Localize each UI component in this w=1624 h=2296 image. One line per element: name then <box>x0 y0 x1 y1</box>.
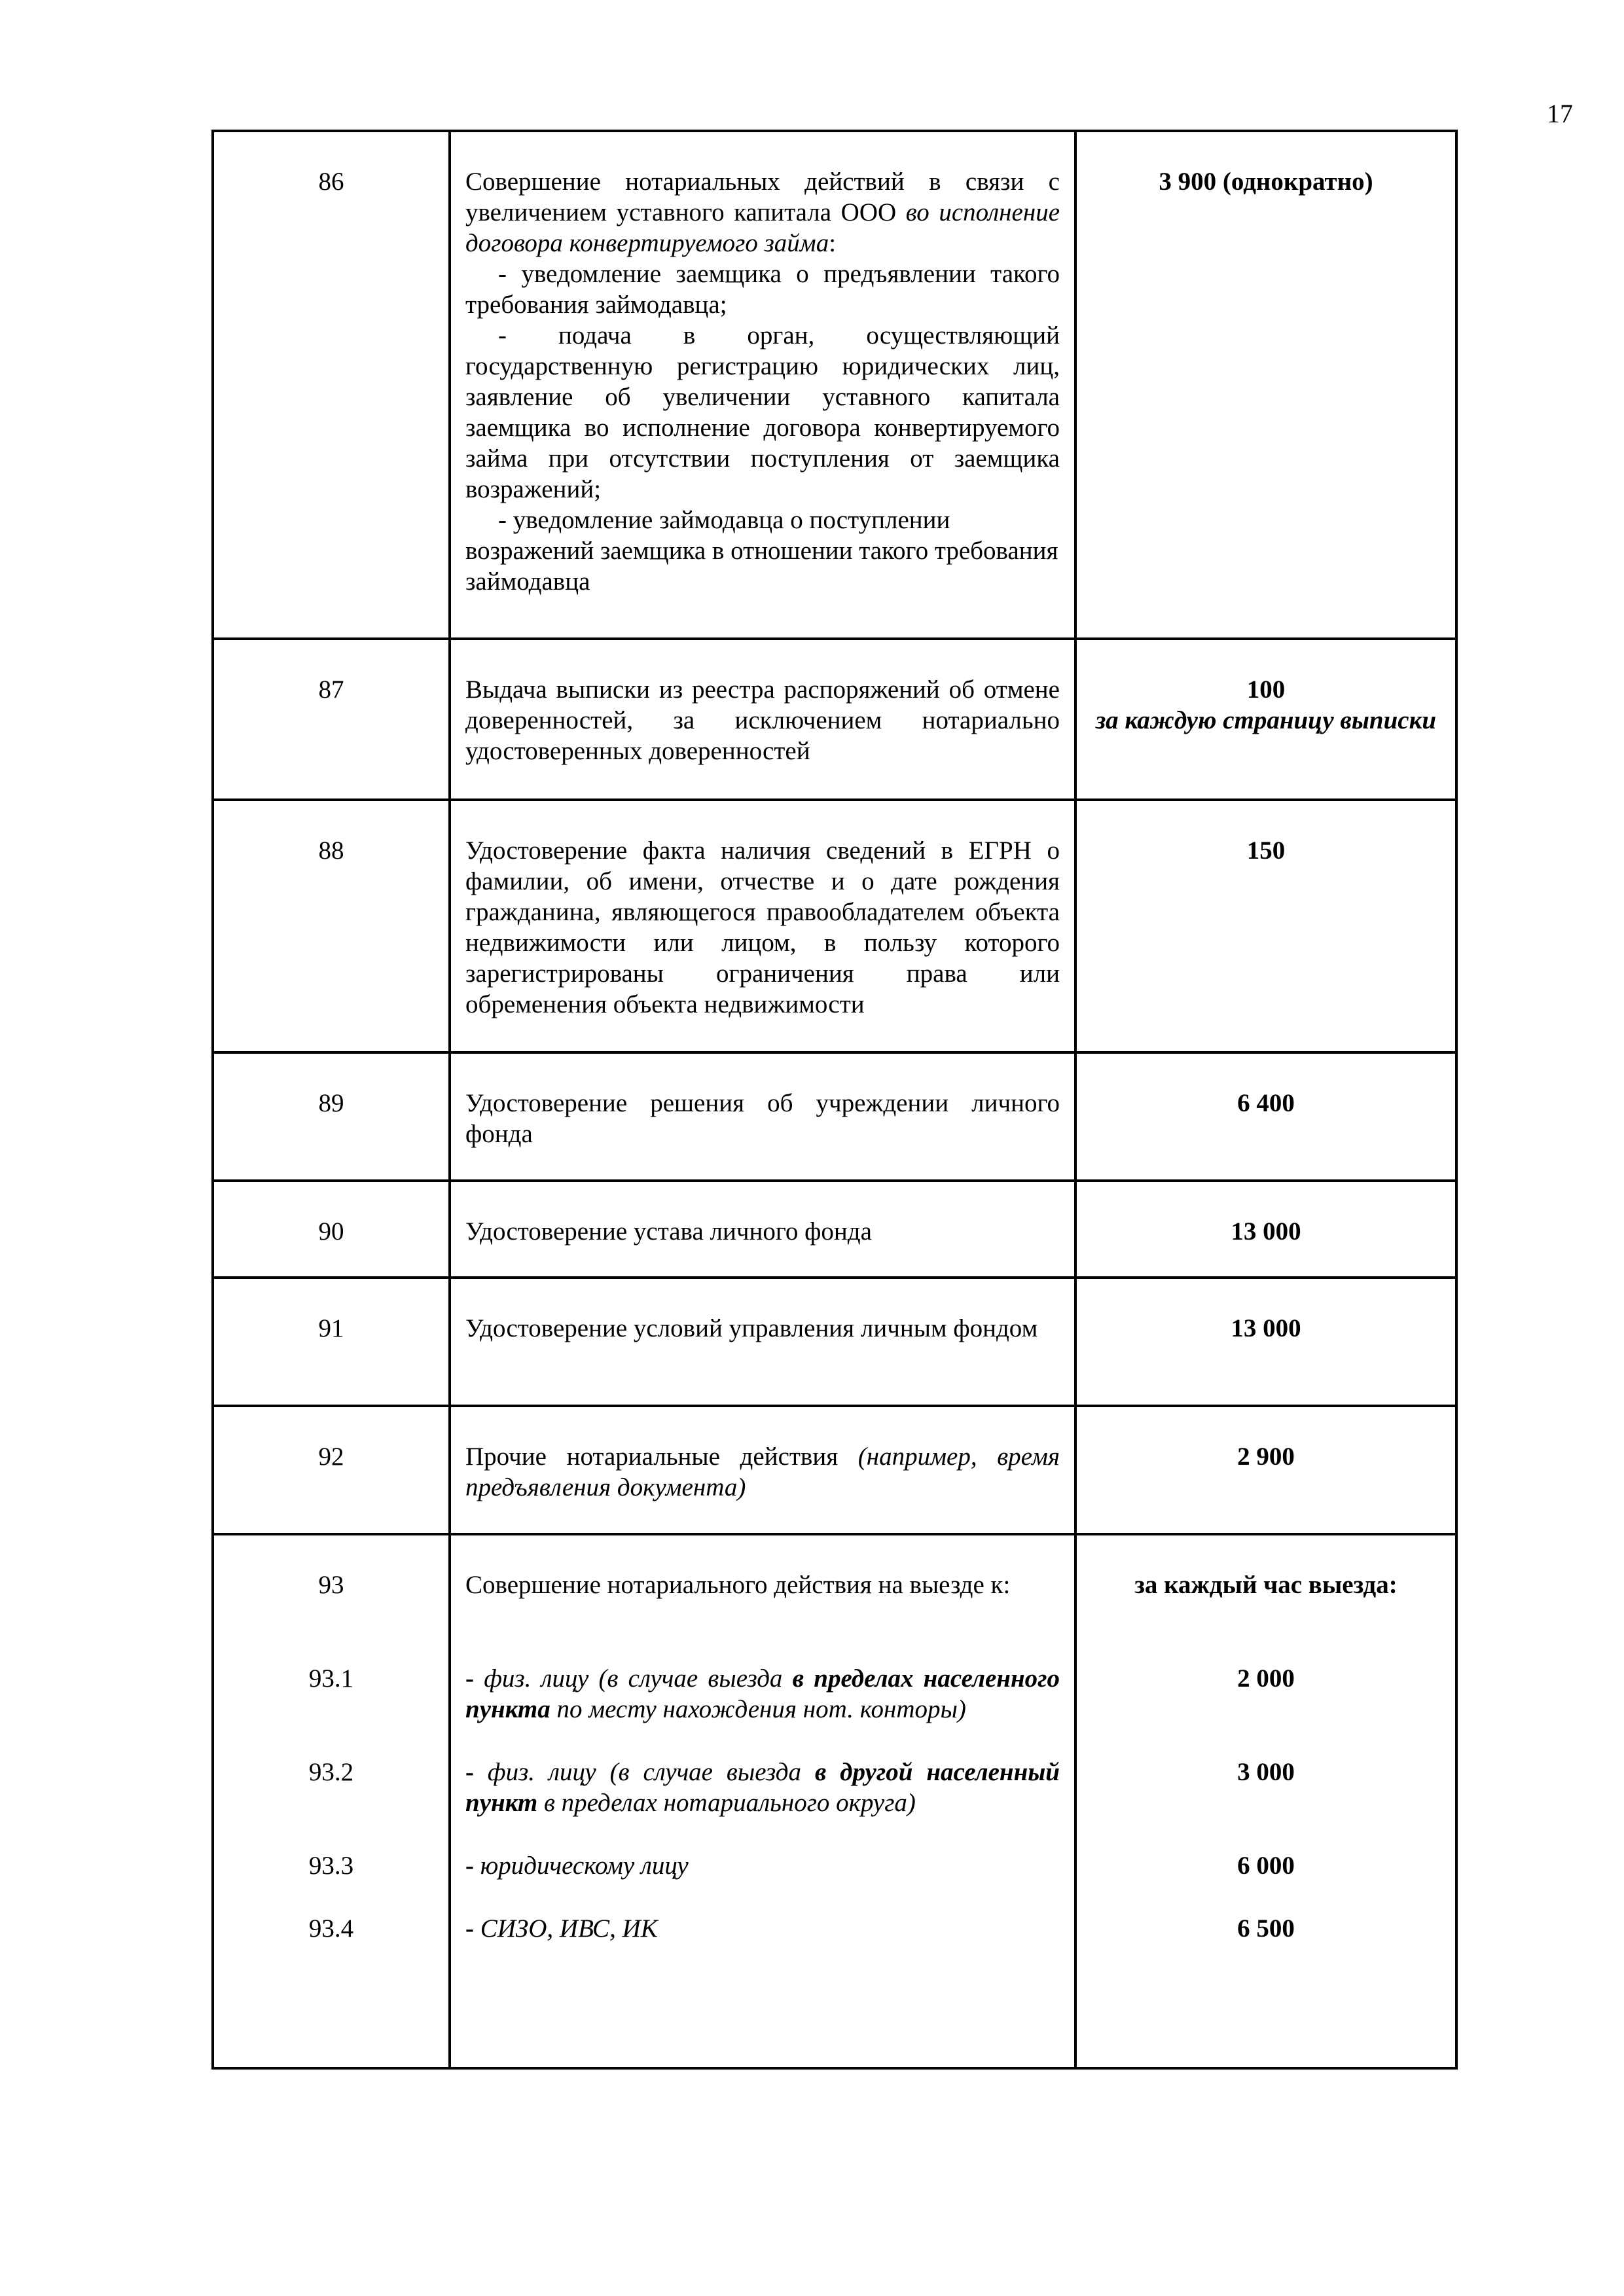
subitem-description: - физ. лицу (в случае выезда в пределах … <box>465 1663 1060 1725</box>
row-number: 87 <box>213 639 450 800</box>
dash: - <box>465 1664 484 1693</box>
subitem-text: по месту нахождения нот. конторы) <box>550 1695 966 1723</box>
table-row: 89 Удостоверение решения об учреждении л… <box>213 1052 1456 1181</box>
subitem-number: 93.2 <box>228 1757 434 1787</box>
subitem-text: физ. лицу (в случае выезда <box>488 1758 815 1786</box>
row-fee: 100 за каждую страницу выписки <box>1075 639 1456 800</box>
row-number: 92 <box>213 1406 450 1534</box>
row-description: Удостоверение устава личного фонда <box>450 1181 1075 1278</box>
subitem-fee: 6 000 <box>1091 1850 1441 1881</box>
row-number: 88 <box>213 800 450 1052</box>
row-number: 86 <box>213 131 450 639</box>
list-item: - уведомление займодавца о поступлении в… <box>465 505 1060 597</box>
row-fee: 2 900 <box>1075 1406 1456 1534</box>
row-fee: 13 000 <box>1075 1181 1456 1278</box>
table-row: 91 Удостоверение условий управления личн… <box>213 1278 1456 1406</box>
row-description: Совершение нотариальных действий в связи… <box>450 131 1075 639</box>
list-item: - подача в орган, осуществляющий государ… <box>465 320 1060 505</box>
row-description: Удостоверение условий управления личным … <box>450 1278 1075 1406</box>
subitem-description: - физ. лицу (в случае выезда в другой на… <box>465 1757 1060 1818</box>
table-row: 86 Совершение нотариальных действий в св… <box>213 131 1456 639</box>
row-number-group: 93 93.1 93.2 93.3 93.4 <box>213 1534 450 2068</box>
dash: - <box>465 1758 488 1786</box>
row-fee: 3 900 (однократно) <box>1075 131 1456 639</box>
row-description-group: Совершение нотариального действия на вые… <box>450 1534 1075 2068</box>
subitem-fee: 6 500 <box>1091 1913 1441 1944</box>
row-fee: 6 400 <box>1075 1052 1456 1181</box>
subitem-text: в пределах нотариального округа) <box>537 1789 916 1817</box>
table-row: 92 Прочие нотариальные действия (наприме… <box>213 1406 1456 1534</box>
row-fee: 13 000 <box>1075 1278 1456 1406</box>
subitem-text: СИЗО, ИВС, ИК <box>480 1914 658 1943</box>
description-text: Прочие нотариальные действия <box>465 1443 858 1471</box>
subitem-number: 93.1 <box>228 1663 434 1694</box>
row-fee: за каждый час выезда: <box>1091 1570 1441 1600</box>
table-row: 87 Выдача выписки из реестра распоряжени… <box>213 639 1456 800</box>
fee-note: за каждую страницу выписки <box>1091 705 1441 736</box>
tariff-table: 86 Совершение нотариальных действий в св… <box>211 130 1458 2070</box>
subitem-description: - СИЗО, ИВС, ИК <box>465 1913 1060 1944</box>
subitem-fee: 2 000 <box>1091 1663 1441 1694</box>
row-number: 93 <box>228 1570 434 1600</box>
row-description: Удостоверение факта наличия сведений в Е… <box>450 800 1075 1052</box>
row-number: 91 <box>213 1278 450 1406</box>
table-row: 93 93.1 93.2 93.3 93.4 Совершение нотари… <box>213 1534 1456 2068</box>
table-row: 90 Удостоверение устава личного фонда 13… <box>213 1181 1456 1278</box>
row-number: 89 <box>213 1052 450 1181</box>
table-row: 88 Удостоверение факта наличия сведений … <box>213 800 1456 1052</box>
page-number: 17 <box>1547 98 1573 129</box>
row-description: Выдача выписки из реестра распоряжений о… <box>450 639 1075 800</box>
row-number: 90 <box>213 1181 450 1278</box>
subitem-text: юридическому лицу <box>480 1852 689 1880</box>
subitem-number: 93.3 <box>228 1850 434 1881</box>
subitem-text: физ. лицу (в случае выезда <box>484 1664 792 1693</box>
subitem-description: - юридическому лицу <box>465 1850 1060 1881</box>
dash: - <box>465 1914 480 1943</box>
row-description: Удостоверение решения об учреждении личн… <box>450 1052 1075 1181</box>
dash: - <box>465 1852 480 1880</box>
subitem-number: 93.4 <box>228 1913 434 1944</box>
description-text: : <box>829 229 836 257</box>
list-item: - уведомление заемщика о предъявлении та… <box>465 259 1060 320</box>
row-description: Совершение нотариального действия на вые… <box>465 1570 1060 1600</box>
fee-value: 100 <box>1247 675 1286 704</box>
row-fee-group: за каждый час выезда: 2 000 3 000 6 000 … <box>1075 1534 1456 2068</box>
row-description: Прочие нотариальные действия (например, … <box>450 1406 1075 1534</box>
row-fee: 150 <box>1075 800 1456 1052</box>
subitem-fee: 3 000 <box>1091 1757 1441 1787</box>
